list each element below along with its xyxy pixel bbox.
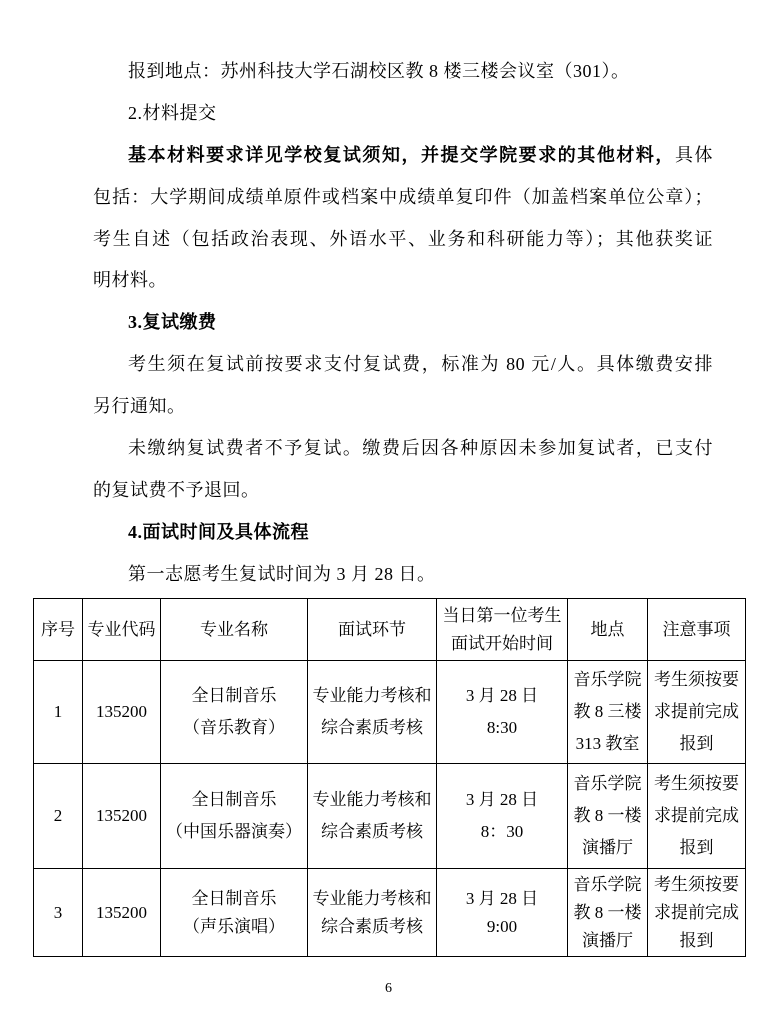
table-header-row: 序号 专业代码 专业名称 面试环节 当日第一位考生 面试开始时间 地点 注意事项	[34, 599, 746, 661]
text-line-materials-4: 明材料。	[93, 260, 713, 302]
text-line-materials-3: 考生自述（包括政治表现、外语水平、业务和科研能力等）；其他获奖证	[93, 219, 713, 261]
document-page: 报到地点：苏州科技大学石湖校区教 8 楼三楼会议室（301）。 2.材料提交 基…	[0, 0, 777, 1035]
col-header-index: 序号	[34, 599, 83, 661]
page-number: 6	[0, 981, 777, 997]
cell-location: 音乐学院 教 8 三楼 313 教室	[568, 661, 648, 764]
cell-index: 1	[34, 661, 83, 764]
text-line-materials-2: 包括：大学期间成绩单原件或档案中成绩单复印件（加盖档案单位公章）；	[93, 177, 713, 219]
cell-location: 音乐学院 教 8 一楼 演播厅	[568, 764, 648, 869]
text-line-materials-1: 基本材料要求详见学校复试须知，并提交学院要求的其他材料，具体	[93, 135, 713, 177]
text-line-payment-2: 另行通知。	[93, 386, 713, 428]
cell-major-code: 135200	[83, 764, 161, 869]
section-heading-payment: 3.复试缴费	[93, 302, 713, 344]
text-line-report-location: 报到地点：苏州科技大学石湖校区教 8 楼三楼会议室（301）。	[93, 51, 713, 93]
cell-major-name: 全日制音乐 （声乐演唱）	[161, 869, 308, 957]
cell-major-name: 全日制音乐 （中国乐器演奏）	[161, 764, 308, 869]
col-header-interview-stage: 面试环节	[308, 599, 437, 661]
body-text: 报到地点：苏州科技大学石湖校区教 8 楼三楼会议室（301）。 2.材料提交 基…	[93, 51, 713, 596]
table-row: 2 135200 全日制音乐 （中国乐器演奏） 专业能力考核和 综合素质考核 3…	[34, 764, 746, 869]
cell-start-time: 3 月 28 日 9:00	[437, 869, 568, 957]
text-line-payment-4: 的复试费不予退回。	[93, 470, 713, 512]
cell-start-time: 3 月 28 日 8:30	[437, 661, 568, 764]
cell-notes: 考生须按要 求提前完成 报到	[648, 661, 746, 764]
cell-major-code: 135200	[83, 661, 161, 764]
cell-major-name: 全日制音乐 （音乐教育）	[161, 661, 308, 764]
col-header-location: 地点	[568, 599, 648, 661]
text-line-payment-1: 考生须在复试前按要求支付复试费，标准为 80 元/人。具体缴费安排	[93, 344, 713, 386]
cell-index: 3	[34, 869, 83, 957]
text-span-bold-requirement: 基本材料要求详见学校复试须知，并提交学院要求的其他材料，	[128, 145, 675, 165]
cell-index: 2	[34, 764, 83, 869]
col-header-major-name: 专业名称	[161, 599, 308, 661]
text-line-interview-date: 第一志愿考生复试时间为 3 月 28 日。	[93, 554, 713, 596]
cell-location: 音乐学院 教 8 一楼 演播厅	[568, 869, 648, 957]
section-heading-materials: 2.材料提交	[93, 93, 713, 135]
cell-start-time: 3 月 28 日 8：30	[437, 764, 568, 869]
col-header-notes: 注意事项	[648, 599, 746, 661]
cell-notes: 考生须按要 求提前完成 报到	[648, 764, 746, 869]
cell-major-code: 135200	[83, 869, 161, 957]
text-span-rest: 具体	[675, 145, 713, 165]
text-line-payment-3: 未缴纳复试费者不予复试。缴费后因各种原因未参加复试者，已支付	[93, 428, 713, 470]
col-header-start-time: 当日第一位考生 面试开始时间	[437, 599, 568, 661]
col-header-major-code: 专业代码	[83, 599, 161, 661]
cell-interview-stage: 专业能力考核和 综合素质考核	[308, 869, 437, 957]
cell-interview-stage: 专业能力考核和 综合素质考核	[308, 661, 437, 764]
interview-schedule-table: 序号 专业代码 专业名称 面试环节 当日第一位考生 面试开始时间 地点 注意事项…	[33, 598, 746, 957]
section-heading-interview: 4.面试时间及具体流程	[93, 512, 713, 554]
cell-interview-stage: 专业能力考核和 综合素质考核	[308, 764, 437, 869]
cell-notes: 考生须按要 求提前完成 报到	[648, 869, 746, 957]
table-row: 1 135200 全日制音乐 （音乐教育） 专业能力考核和 综合素质考核 3 月…	[34, 661, 746, 764]
table-row: 3 135200 全日制音乐 （声乐演唱） 专业能力考核和 综合素质考核 3 月…	[34, 869, 746, 957]
